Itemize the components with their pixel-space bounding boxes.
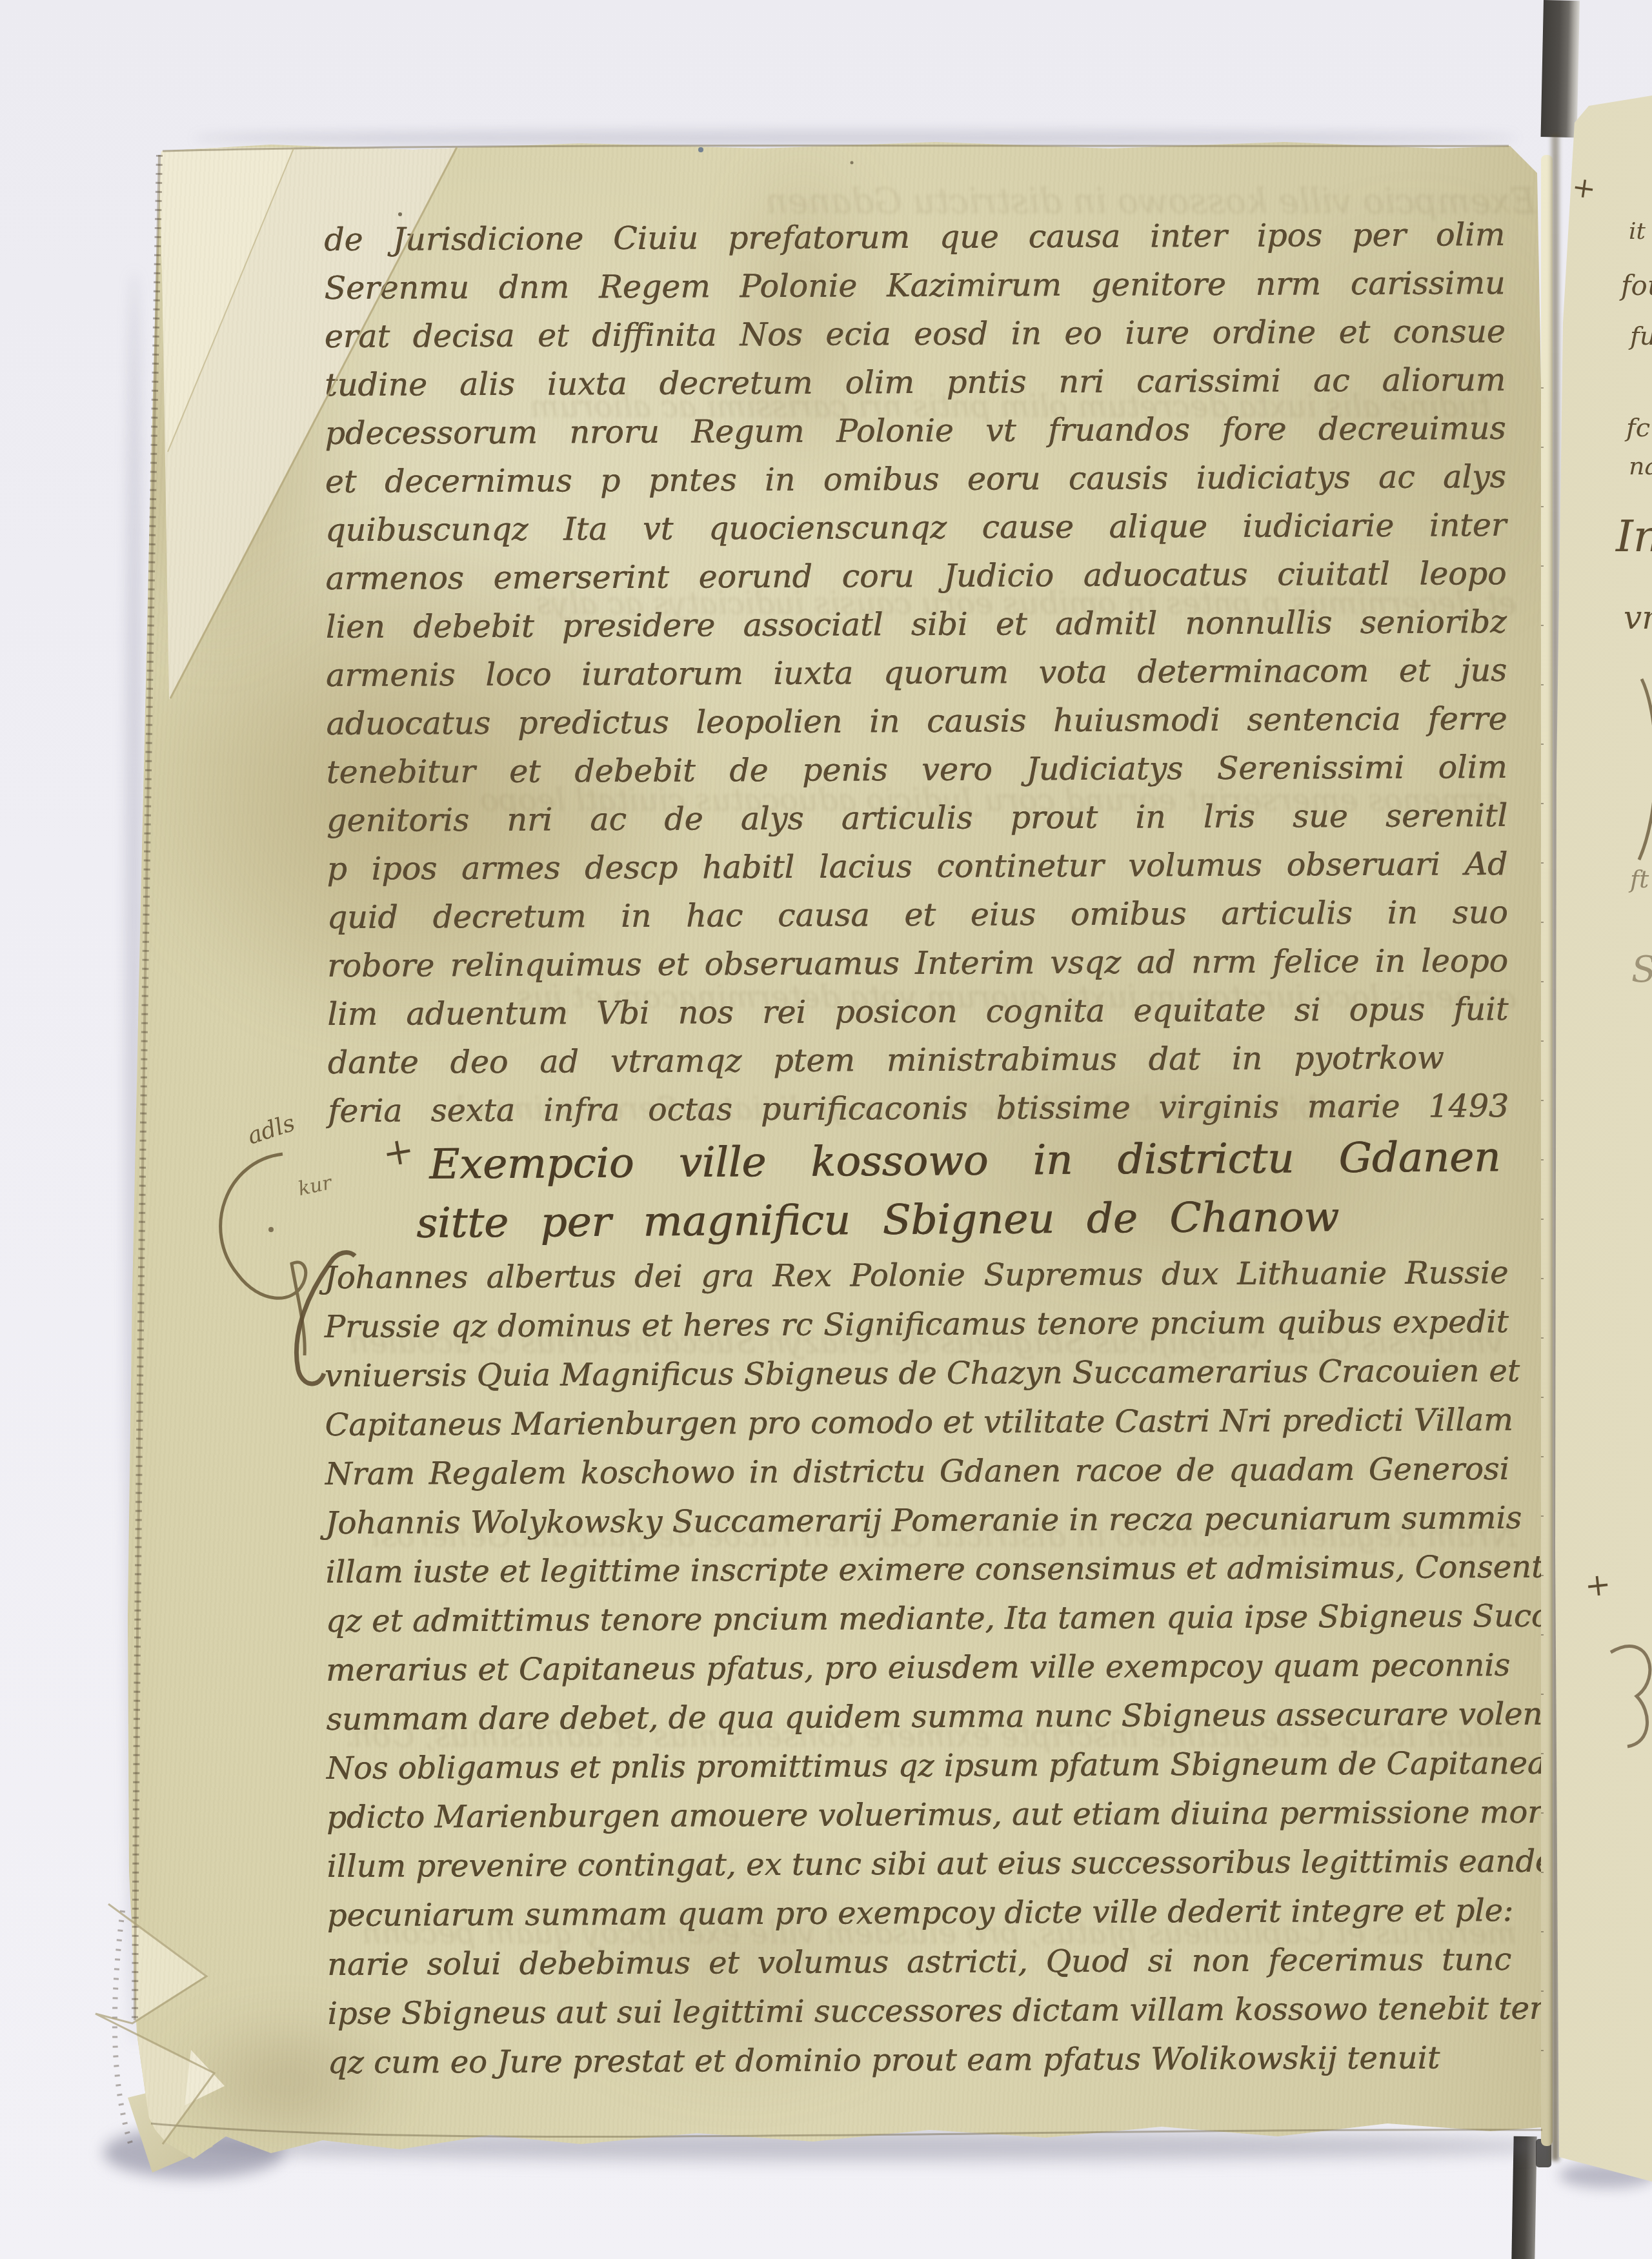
- section-heading-line-2: sitte per magnificu Sbigneu de Chanow: [416, 1193, 1339, 1248]
- text-line: Johannis Wolykowsky Succamerarij Pomeran…: [325, 1494, 1509, 1548]
- text-line: armenis loco iuratorum iuxta quorum vota…: [326, 646, 1507, 700]
- text-line: illum prevenire contingat, ex tunc sibi …: [327, 1837, 1511, 1891]
- text-line: pdecessorum nroru Regum Polonie vt fruan…: [325, 404, 1506, 458]
- facing-cross-mark: +: [1570, 170, 1598, 207]
- book-strap-top: [1541, 0, 1580, 137]
- book-strap-bottom: [1511, 2136, 1536, 2259]
- paragraph-1: de Jurisdicione Ciuiu prefatorum que cau…: [324, 210, 1509, 1135]
- text-line: de Jurisdicione Ciuiu prefatorum que cau…: [324, 210, 1505, 264]
- text-line: qz cum eo Jure prestat et dominio prout …: [327, 2034, 1334, 2087]
- text-line: Prussie qz dominus et heres rc Significa…: [325, 1297, 1509, 1352]
- paragraph-2: Johannes albertus dei gra Rex Polonie Su…: [324, 1248, 1512, 2087]
- text-line: et decernimus p pntes in omibus eoru cau…: [325, 452, 1506, 506]
- text-line: narie solui debebimus et volumus astrict…: [327, 1935, 1511, 1989]
- facing-text-fragment: na: [1629, 452, 1652, 480]
- text-line: ipse Sbigneus aut sui legittimi successo…: [327, 1984, 1511, 2038]
- text-line: quid decretum in hac causa et eius omibu…: [327, 888, 1507, 942]
- facing-text-fragment: S: [1631, 949, 1652, 991]
- text-line: erat decisa et diffinita Nos ecia eosd i…: [325, 307, 1506, 361]
- text-line: pdicto Marienburgen amouere voluerimus, …: [327, 1788, 1511, 1842]
- text-line: quibuscunqz Ita vt quocienscunqz cause a…: [325, 501, 1506, 554]
- text-line: dante deo ad vtramqz ptem ministrabimus …: [327, 1033, 1444, 1087]
- margin-scribble: kur: [296, 1171, 334, 1200]
- text-line: merarius et Capitaneus pfatus, pro eiusd…: [326, 1641, 1510, 1695]
- text-line: illam iuste et legittime inscripte exime…: [325, 1543, 1509, 1597]
- text-line: aduocatus predictus leopolien in causis …: [326, 694, 1507, 748]
- text-line: Nram Regalem koschowo in districtu Gdane…: [325, 1444, 1509, 1499]
- text-line: Nos obligamus et pnlis promittimus qz ip…: [327, 1739, 1511, 1793]
- facing-text-fragment: it: [1629, 218, 1646, 245]
- text-line: tenebitur et debebit de penis vero Judic…: [326, 743, 1507, 796]
- text-line: Serenmu dnm Regem Polonie Kazimirum geni…: [324, 259, 1505, 312]
- text-line: lien debebit presidere associatl sibi et…: [326, 598, 1507, 651]
- facing-text-fragment: fu: [1630, 321, 1652, 351]
- facing-text-fragment: fou: [1621, 270, 1652, 301]
- text-line: qz et admittimus tenore pncium mediante,…: [326, 1592, 1510, 1646]
- facing-text-fragment: fc: [1626, 413, 1650, 443]
- facing-text-fragment: ft: [1630, 865, 1649, 893]
- text-line: tudine alis iuxta decretum olim pntis nr…: [325, 356, 1506, 409]
- text-line: p ipos armes descp habitl lacius contine…: [327, 840, 1507, 893]
- manuscript-page: Exempcio ville kossowo in districtu Gdan…: [0, 0, 1652, 2259]
- text-line: Capitaneus Marienburgen pro comodo et vt…: [325, 1395, 1509, 1450]
- text-line: robore relinquimus et obseruamus Interim…: [327, 937, 1508, 990]
- facing-text-fragment: vm: [1624, 599, 1652, 636]
- section-heading-line-1: Exempcio ville kossowo in districtu Gdan…: [429, 1133, 1500, 1189]
- text-line: vniuersis Quia Magnificus Sbigneus de Ch…: [325, 1346, 1509, 1401]
- text-line: genitoris nri ac de alys articulis prout…: [327, 791, 1507, 845]
- text-line: Johannes albertus dei gra Rex Polonie Su…: [324, 1248, 1508, 1302]
- photo-backdrop: Exempcio ville kossowo in districtu Gdan…: [0, 0, 1652, 2259]
- text-line: pecuniarum summam quam pro exempcoy dict…: [327, 1886, 1511, 1940]
- margin-note: adls: [244, 1109, 298, 1150]
- facing-cross-mark: +: [1583, 1566, 1613, 1605]
- text-line: lim aduentum Vbi nos rei posicon cognita…: [327, 985, 1508, 1038]
- text-line: feria sexta infra octas purificaconis bt…: [328, 1082, 1509, 1135]
- text-line: summam dare debet, de qua quidem summa n…: [326, 1690, 1510, 1744]
- text-line: armenos emerserint eorund coru Judicio a…: [325, 549, 1506, 603]
- facing-text-fragment: Inl: [1616, 511, 1652, 562]
